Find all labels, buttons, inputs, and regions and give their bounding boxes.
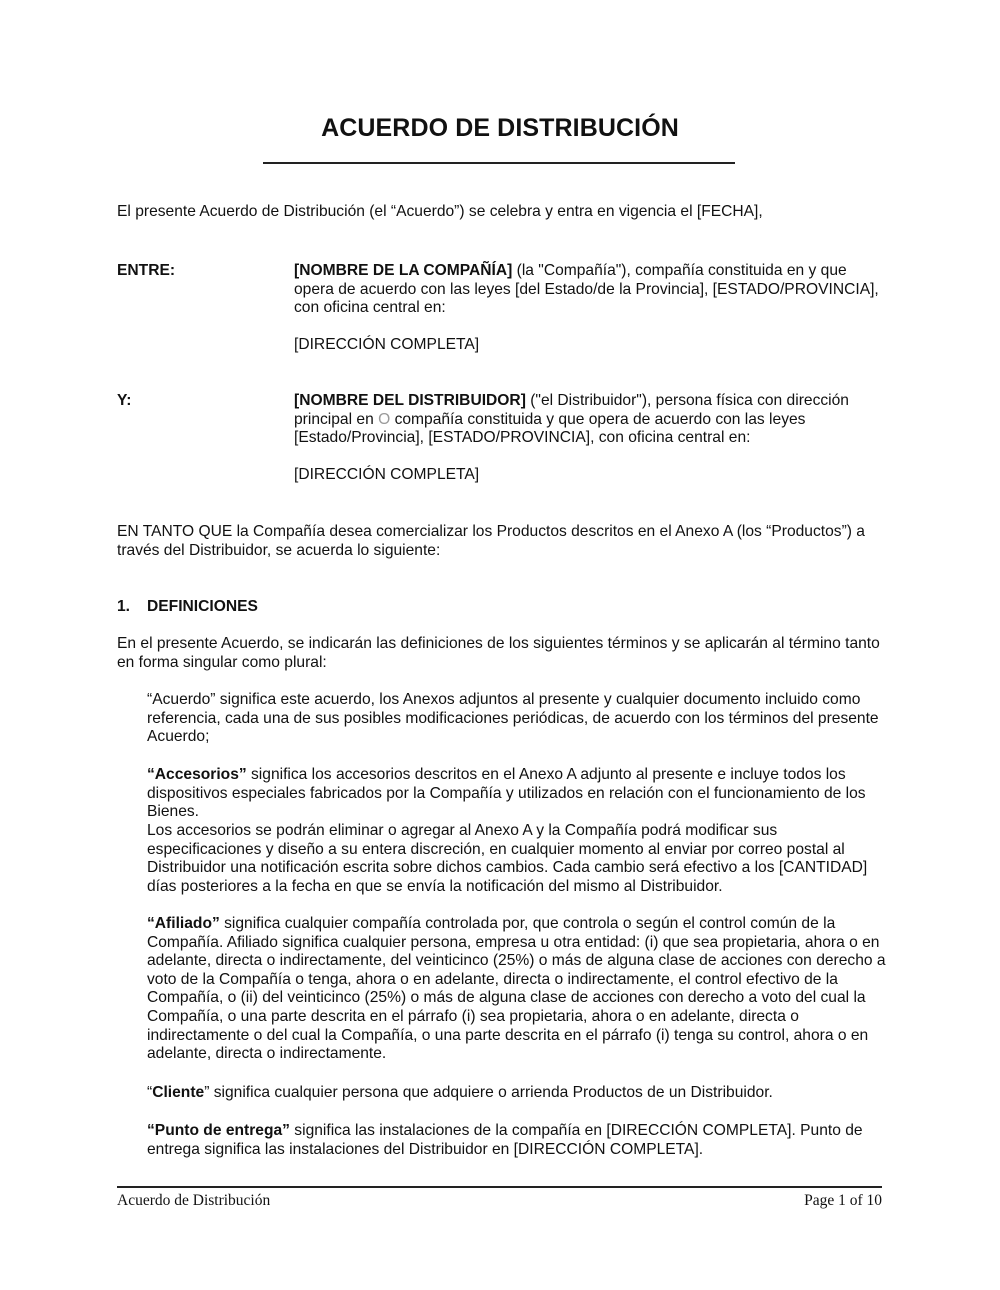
section-title: DEFINICIONES [147,598,258,615]
party-label-y: Y: [117,392,131,411]
section-number: 1. [117,598,147,617]
party-distributor-paragraph: [NOMBRE DEL DISTRIBUIDOR] ("el Distribui… [294,392,886,448]
definition-cliente: “Cliente” significa cualquier persona qu… [147,1084,887,1103]
definition-acuerdo: “Acuerdo” significa este acuerdo, los An… [147,691,887,747]
company-address-placeholder: [DIRECCIÓN COMPLETA] [294,336,886,355]
whereas-paragraph: EN TANTO QUE la Compañía desea comercial… [117,523,887,560]
definition-afiliado: “Afiliado” significa cualquier compañía … [147,915,887,1064]
footer-page-number: Page 1 of 10 [804,1192,882,1210]
definition-term: “Acuerdo” [147,691,215,708]
option-circle-icon: O [378,411,390,428]
party-label-entre: ENTRE: [117,262,175,281]
party-company-paragraph: [NOMBRE DE LA COMPAÑÍA] (la "Compañía"),… [294,262,886,318]
definition-term: Cliente [152,1084,204,1101]
distributor-address-placeholder: [DIRECCIÓN COMPLETA] [294,466,886,485]
company-name-placeholder: [NOMBRE DE LA COMPAÑÍA] [294,262,512,279]
document-page: ACUERDO DE DISTRIBUCIÓN El presente Acue… [0,0,1000,1290]
definition-punto-de-entrega: “Punto de entrega” significa las instala… [147,1122,887,1159]
definition-text: significa cualquier compañía controlada … [147,915,886,1062]
definition-text: significa los accesorios descritos en el… [147,766,866,820]
section-heading-definiciones: 1.DEFINICIONES [117,598,258,617]
definition-term: “Punto de entrega” [147,1122,290,1139]
footer-document-name: Acuerdo de Distribución [117,1192,270,1210]
definitions-intro: En el presente Acuerdo, se indicarán las… [117,635,887,672]
definition-term: “Afiliado” [147,915,220,932]
definition-text: significa cualquier persona que adquiere… [209,1084,772,1101]
definition-accesorios-continued: Los accesorios se podrán eliminar o agre… [147,822,887,896]
document-title: ACUERDO DE DISTRIBUCIÓN [0,114,1000,143]
distributor-name-placeholder: [NOMBRE DEL DISTRIBUIDOR] [294,392,526,409]
definition-accesorios: “Accesorios” significa los accesorios de… [147,766,887,822]
footer-rule [117,1186,882,1188]
definition-term: “Accesorios” [147,766,247,783]
definition-text: significa este acuerdo, los Anexos adjun… [147,691,879,745]
intro-paragraph: El presente Acuerdo de Distribución (el … [117,203,887,222]
title-underline [263,162,735,164]
